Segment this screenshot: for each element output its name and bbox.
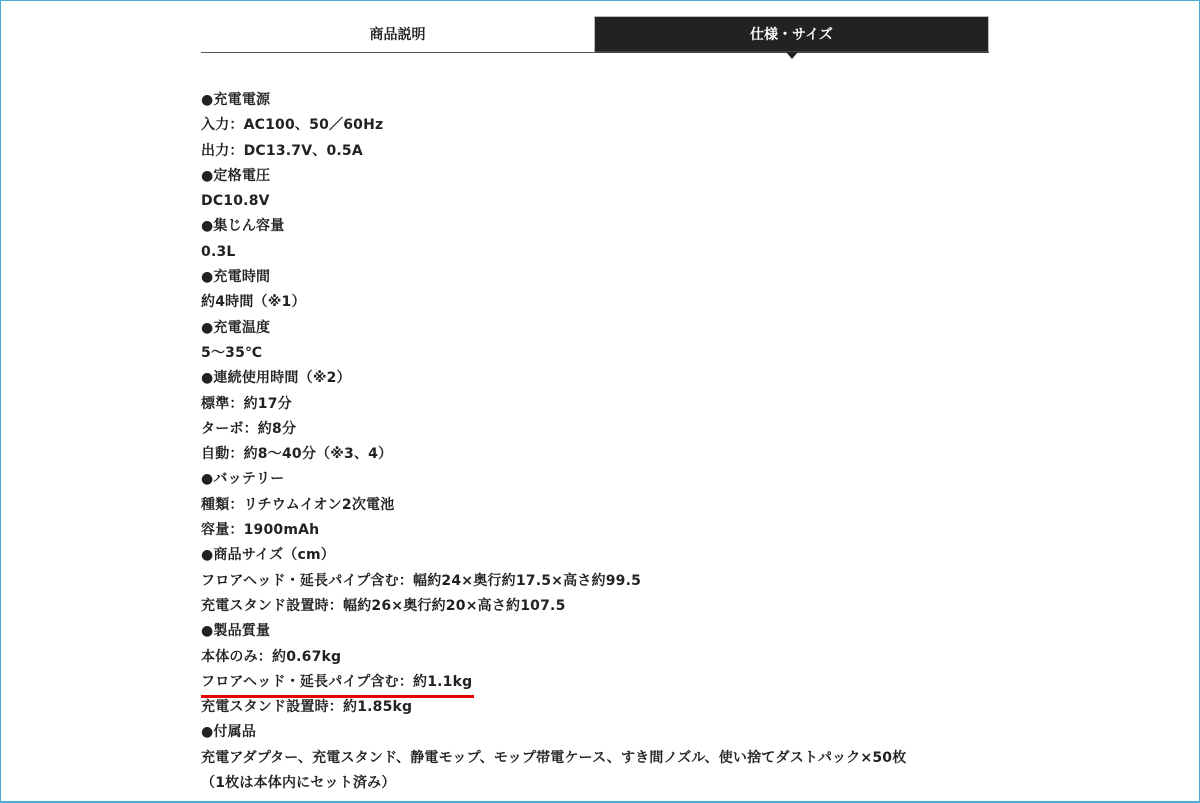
spec-value: 自動：約8〜40分（※3、4） [201, 442, 1021, 467]
spec-list: ●充電電源 入力：AC100、50／60Hz 出力：DC13.7V、0.5A ●… [201, 88, 1021, 796]
spec-heading-rated-voltage: ●定格電圧 [201, 164, 1021, 189]
spec-heading-charging-power: ●充電電源 [201, 88, 1021, 113]
tab-label: 仕様・サイズ [750, 24, 833, 44]
spec-heading-continuous-use-time: ●連続使用時間（※2） [201, 366, 1021, 391]
spec-heading-charging-time: ●充電時間 [201, 265, 1021, 290]
spec-value: ターボ：約8分 [201, 417, 1021, 442]
spec-value: フロアヘッド・延長パイプ含む：幅約24×奥行約17.5×高さ約99.5 [201, 569, 1021, 594]
spec-heading-product-weight: ●製品質量 [201, 619, 1021, 644]
active-tab-caret-icon [786, 52, 798, 59]
spec-heading-accessories: ●付属品 [201, 720, 1021, 745]
spec-heading-dust-capacity: ●集じん容量 [201, 214, 1021, 239]
spec-value: 標準：約17分 [201, 392, 1021, 417]
tab-product-description[interactable]: 商品説明 [201, 16, 594, 53]
highlighted-text: フロアヘッド・延長パイプ含む：約1.1kg [201, 670, 472, 695]
spec-value: 入力：AC100、50／60Hz [201, 113, 1021, 138]
spec-value: DC10.8V [201, 189, 1021, 214]
spec-heading-battery: ●バッテリー [201, 467, 1021, 492]
spec-value-highlighted: フロアヘッド・延長パイプ含む：約1.1kg [201, 670, 1021, 695]
spec-heading-product-size: ●商品サイズ（cm） [201, 543, 1021, 568]
product-tabs: 商品説明 仕様・サイズ [201, 16, 989, 53]
spec-value: 容量：1900mAh [201, 518, 1021, 543]
spec-value: 0.3L [201, 240, 1021, 265]
tab-specs-size[interactable]: 仕様・サイズ [594, 16, 989, 53]
spec-value: 充電スタンド設置時：約1.85kg [201, 695, 1021, 720]
spec-value: （1枚は本体内にセット済み） [201, 771, 1021, 796]
spec-value: 充電アダプター、充電スタンド、静電モップ、モップ帯電ケース、すき間ノズル、使い捨… [201, 746, 1021, 771]
spec-value: 約4時間（※1） [201, 290, 1021, 315]
spec-value: 種類：リチウムイオン2次電池 [201, 493, 1021, 518]
spec-value: 5〜35℃ [201, 341, 1021, 366]
spec-value: 本体のみ：約0.67kg [201, 645, 1021, 670]
tab-label: 商品説明 [370, 24, 426, 44]
spec-heading-charging-temperature: ●充電温度 [201, 316, 1021, 341]
spec-value: 充電スタンド設置時：幅約26×奥行約20×高さ約107.5 [201, 594, 1021, 619]
spec-value: 出力：DC13.7V、0.5A [201, 139, 1021, 164]
